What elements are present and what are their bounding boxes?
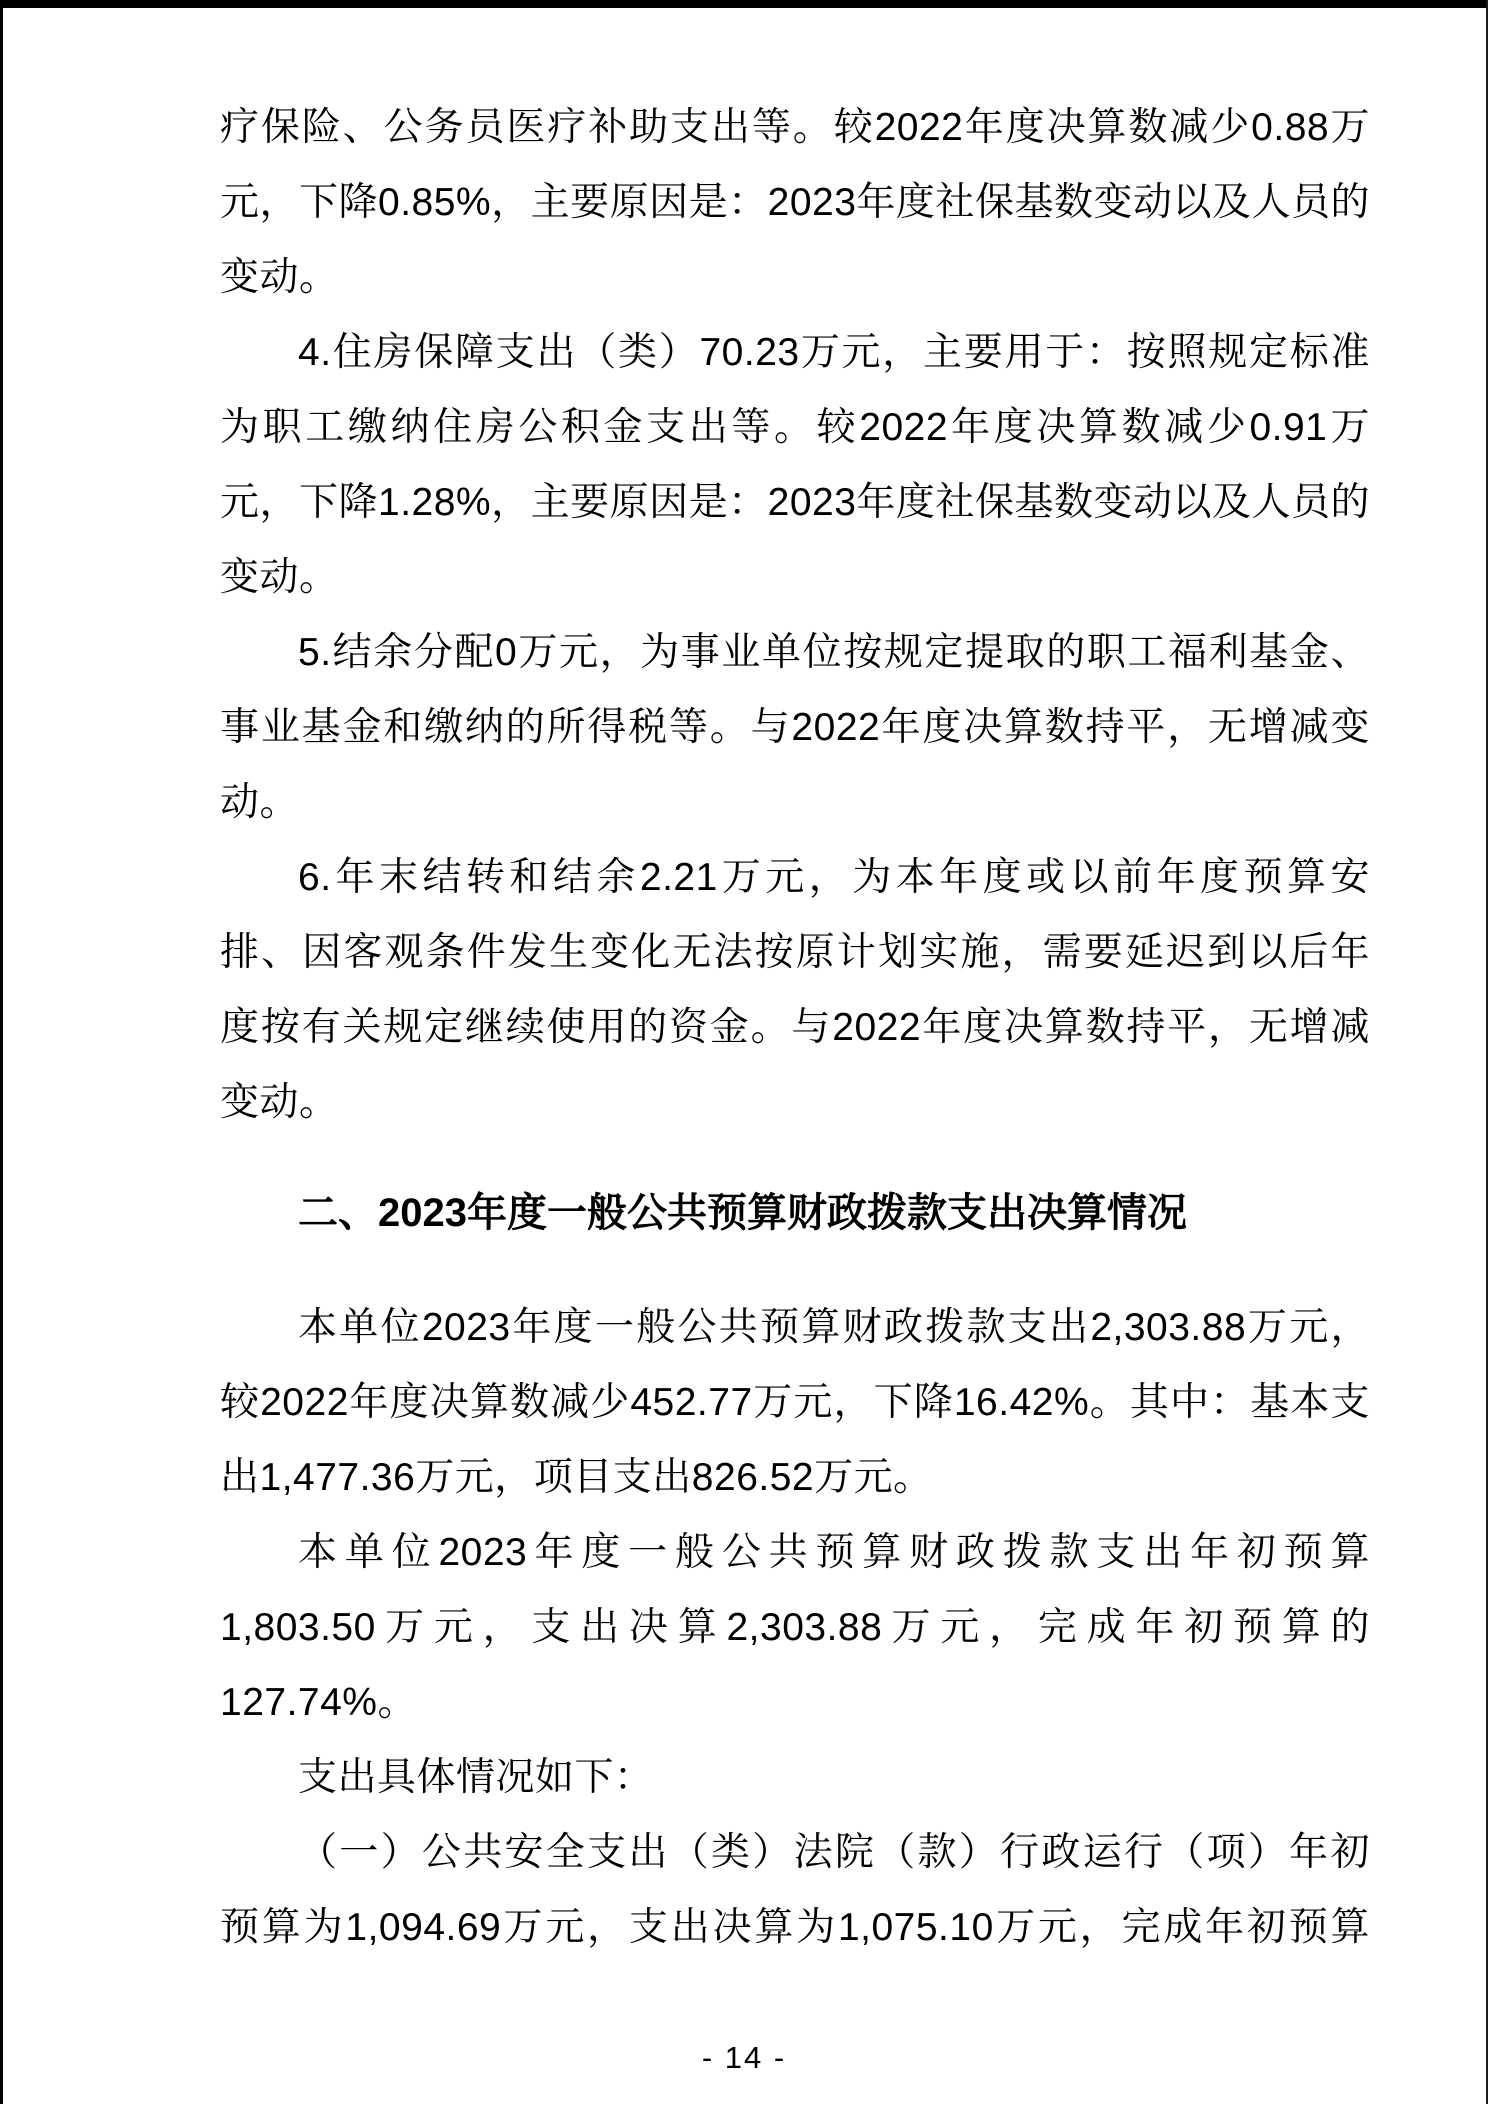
text-line: 为职工缴纳住房公积金支出等。较2022年度决算数减少0.91万 [220, 390, 1370, 465]
text-line: 元，下降0.85%，主要原因是：2023年度社保基数变动以及人员的 [220, 165, 1370, 240]
body-text-block: 疗保险、公务员医疗补助支出等。较2022年度决算数减少0.88万 元，下降0.8… [220, 90, 1370, 1965]
text-line: 出1,477.36万元，项目支出826.52万元。 [220, 1440, 1370, 1515]
scan-border-top [0, 0, 1488, 8]
text-line: 较2022年度决算数减少452.77万元，下降16.42%。其中：基本支 [220, 1365, 1370, 1440]
document-page: 疗保险、公务员医疗补助支出等。较2022年度决算数减少0.88万 元，下降0.8… [0, 0, 1488, 2104]
text-line: 疗保险、公务员医疗补助支出等。较2022年度决算数减少0.88万 [220, 90, 1370, 165]
text-line: 6.年末结转和结余2.21万元，为本年度或以前年度预算安 [220, 840, 1370, 915]
text-line: 本单位2023年度一般公共预算财政拨款支出2,303.88万元， [220, 1290, 1370, 1365]
page-number: - 14 - [0, 2038, 1488, 2078]
text-line: 变动。 [220, 540, 1370, 615]
text-line: 变动。 [220, 240, 1370, 315]
text-line: 本单位2023年度一般公共预算财政拨款支出年初预算 [220, 1515, 1370, 1590]
text-line: （一）公共安全支出（类）法院（款）行政运行（项）年初 [220, 1815, 1370, 1890]
text-line: 动。 [220, 765, 1370, 840]
text-line: 排、因客观条件发生变化无法按原计划实施，需要延迟到以后年 [220, 915, 1370, 990]
text-line: 元，下降1.28%，主要原因是：2023年度社保基数变动以及人员的 [220, 465, 1370, 540]
scan-border-left [0, 0, 3, 2104]
text-line: 预算为1,094.69万元，支出决算为1,075.10万元，完成年初预算 [220, 1890, 1370, 1965]
text-line: 变动。 [220, 1065, 1370, 1140]
text-line: 4.住房保障支出（类）70.23万元，主要用于：按照规定标准 [220, 315, 1370, 390]
text-line: 127.74%。 [220, 1665, 1370, 1740]
section-heading: 二、2023年度一般公共预算财政拨款支出决算情况 [220, 1176, 1370, 1251]
text-line: 支出具体情况如下： [220, 1740, 1370, 1815]
text-line: 1,803.50万元，支出决算2,303.88万元，完成年初预算的 [220, 1590, 1370, 1665]
text-line: 度按有关规定继续使用的资金。与2022年度决算数持平，无增减 [220, 990, 1370, 1065]
text-line: 5.结余分配0万元，为事业单位按规定提取的职工福利基金、 [220, 615, 1370, 690]
text-line: 事业基金和缴纳的所得税等。与2022年度决算数持平，无增减变 [220, 690, 1370, 765]
